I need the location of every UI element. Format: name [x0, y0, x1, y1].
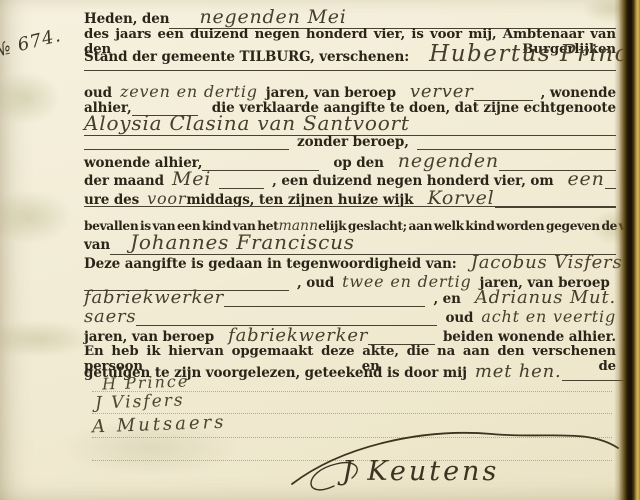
- blank-fill-rule: [84, 70, 616, 71]
- handwritten-date: negenden Mei: [169, 6, 616, 29]
- printed-zonder-beroep: zonder beroep,: [289, 134, 417, 150]
- handwritten-declarant-age: zeven en dertig: [112, 82, 266, 101]
- printed-oud-w2: oud: [437, 310, 473, 326]
- form-line-mother-name: Aloysia Clasina van Santvoort: [84, 111, 616, 136]
- form-line-declarant-age: oud zeven en dertig jaren, van beroep ve…: [84, 81, 616, 102]
- signature-registrar: J Keutens: [337, 456, 499, 487]
- handwritten-witness1-name: Jacobus Visfers: [457, 252, 616, 273]
- handwritten-witness2-age: acht en veertig: [473, 307, 616, 326]
- fill-rule: [84, 138, 289, 150]
- bleedthrough-smudge: [0, 192, 68, 242]
- printed-beiden-wonende: beiden wonende alhier.: [435, 329, 616, 345]
- form-line-witness-intro: Deze aangifte is gedaan in tegenwoordigh…: [84, 252, 616, 273]
- signature-registrar-flourish: J Keutens: [282, 424, 630, 498]
- signature-witness1: J Visfers: [95, 390, 185, 413]
- form-line-witness1-occupation: fabriekwerker , en Adrianus Mut.: [84, 287, 616, 308]
- margin-act-number: № 674.: [0, 25, 63, 62]
- form-line-witness2-age: saers oud acht en veertig: [84, 306, 616, 327]
- bleedthrough-smudge: [0, 322, 88, 356]
- birth-certificate-scan: № 674. Heden, den negenden Mei des jaars…: [0, 0, 640, 500]
- form-line-date: Heden, den negenden Mei: [84, 6, 616, 29]
- printed-heden-den: Heden, den: [84, 11, 169, 27]
- printed-witness-intro: Deze aangifte is gedaan in tegenwoordigh…: [84, 256, 457, 272]
- handwritten-witness2-occupation: fabriekwerker: [214, 325, 368, 346]
- handwritten-declarant-name: Hubertus Prince: [409, 41, 616, 67]
- handwritten-mother-name: Aloysia Clasina van Santvoort: [84, 111, 616, 136]
- form-line-witness2-occupation: jaren, van beroep fabriekwerker beiden w…: [84, 325, 616, 346]
- bleedthrough-smudge: [0, 74, 58, 122]
- book-binding-edge: [614, 0, 640, 500]
- printed-van: van: [84, 237, 110, 253]
- handwritten-witness2-name-part1: Adrianus Mut.: [461, 287, 616, 308]
- printed-jaren-beroep-w2: jaren, van beroep: [84, 329, 214, 345]
- handwritten-met-hen: met hen.: [467, 361, 562, 382]
- handwritten-witness2-name-part2: saers: [84, 306, 136, 327]
- handwritten-witness1-occupation: fabriekwerker: [84, 287, 224, 308]
- printed-wonende: , wonende: [533, 85, 616, 101]
- printed-jaren-beroep: jaren, van beroep: [266, 85, 396, 101]
- form-line-declarant: Stand der gemeente TILBURG, verschenen: …: [84, 41, 616, 67]
- blank-fill-rule: [84, 206, 616, 207]
- printed-oud: oud: [84, 85, 112, 101]
- fill-rule: [417, 138, 616, 150]
- printed-gemeente-tilburg: Stand der gemeente TILBURG, verschenen:: [84, 49, 409, 65]
- printed-en: , en: [425, 291, 460, 307]
- handwritten-declarant-occupation: verver: [396, 81, 474, 102]
- form-line-zonder-beroep: zonder beroep,: [84, 134, 616, 150]
